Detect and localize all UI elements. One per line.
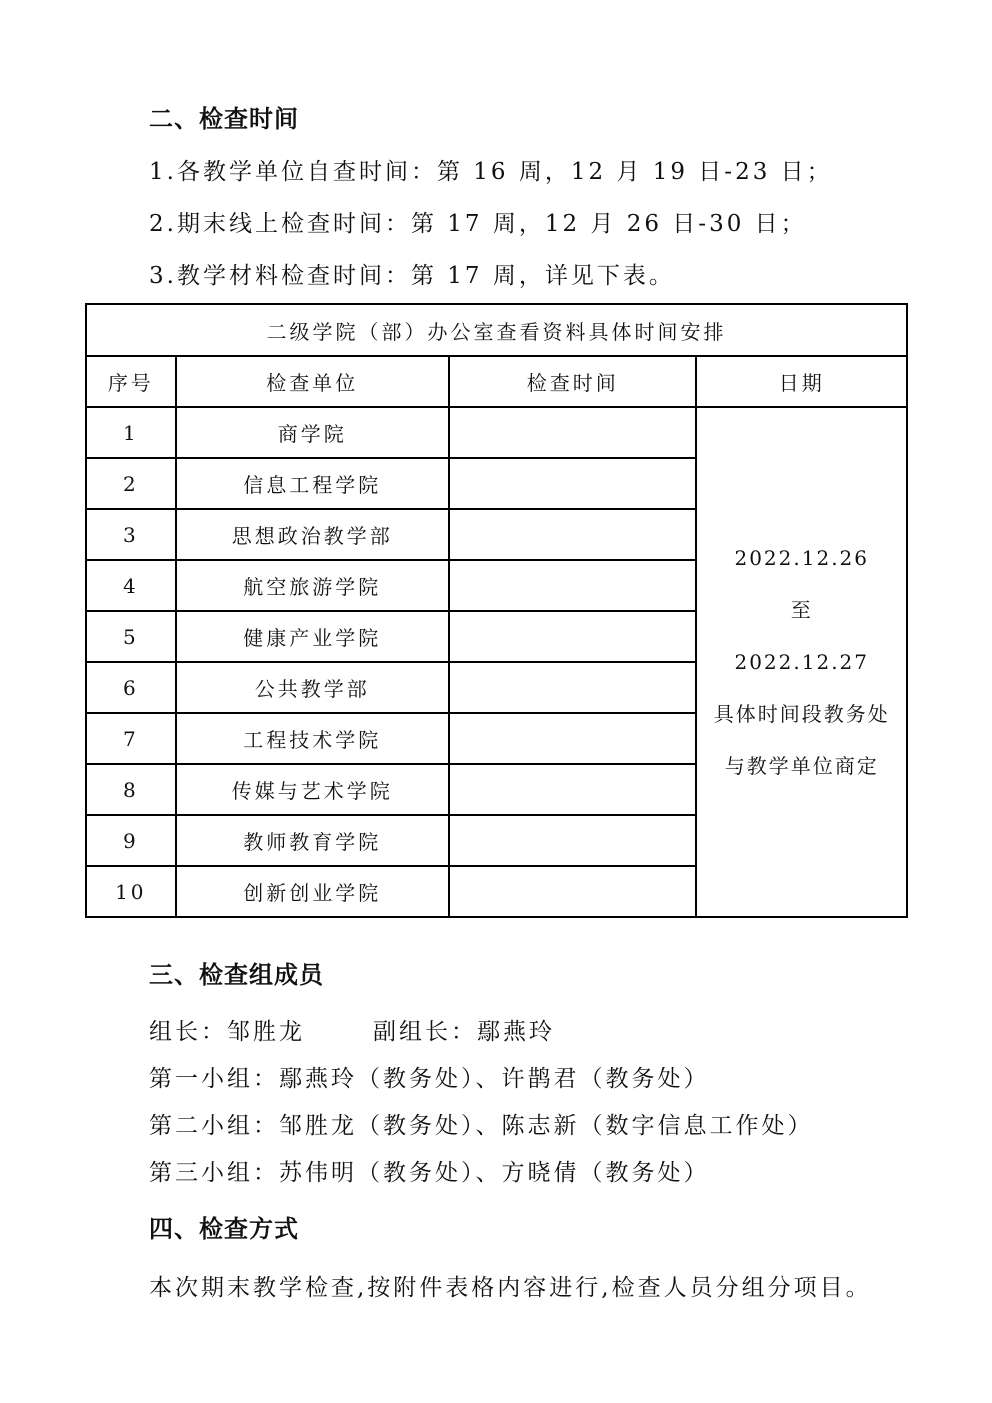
cell-time bbox=[449, 560, 697, 611]
date-note-line2: 与教学单位商定 bbox=[697, 740, 906, 792]
header-seq: 序号 bbox=[86, 356, 176, 407]
date-start: 2022.12.26 bbox=[697, 532, 906, 584]
leader: 组长：邹胜龙 bbox=[149, 1019, 305, 1045]
cell-time bbox=[449, 815, 697, 866]
cell-seq: 10 bbox=[86, 866, 176, 917]
cell-time bbox=[449, 509, 697, 560]
table-row: 1 商学院 2022.12.26 至 2022.12.27 具体时间段教务处 与… bbox=[86, 407, 907, 458]
cell-seq: 9 bbox=[86, 815, 176, 866]
cell-seq: 4 bbox=[86, 560, 176, 611]
table-caption: 二级学院（部）办公室查看资料具体时间安排 bbox=[86, 304, 907, 356]
cell-seq: 2 bbox=[86, 458, 176, 509]
cell-date-range: 2022.12.26 至 2022.12.27 具体时间段教务处 与教学单位商定 bbox=[696, 407, 907, 917]
header-time: 检查时间 bbox=[449, 356, 697, 407]
cell-seq: 7 bbox=[86, 713, 176, 764]
cell-time bbox=[449, 458, 697, 509]
cell-seq: 1 bbox=[86, 407, 176, 458]
cell-time bbox=[449, 611, 697, 662]
cell-seq: 3 bbox=[86, 509, 176, 560]
cell-time bbox=[449, 866, 697, 917]
group-3: 第三小组：苏伟明（教务处）、方晓倩（教务处） bbox=[149, 1158, 710, 1188]
cell-unit: 公共教学部 bbox=[176, 662, 449, 713]
cell-seq: 6 bbox=[86, 662, 176, 713]
cell-unit: 信息工程学院 bbox=[176, 458, 449, 509]
cell-unit: 健康产业学院 bbox=[176, 611, 449, 662]
cell-seq: 5 bbox=[86, 611, 176, 662]
cell-time bbox=[449, 662, 697, 713]
inspection-time-item-2: 2.期末线上检查时间：第 17 周，12 月 26 日-30 日； bbox=[149, 209, 807, 239]
group-1: 第一小组：鄢燕玲（教务处）、许鹊君（教务处） bbox=[149, 1064, 710, 1094]
table-header-row: 序号 检查单位 检查时间 日期 bbox=[86, 356, 907, 407]
date-to: 至 bbox=[697, 584, 906, 636]
section-heading-team-members: 三、检查组成员 bbox=[149, 960, 324, 990]
cell-seq: 8 bbox=[86, 764, 176, 815]
group-2: 第二小组：邹胜龙（教务处）、陈志新（数字信息工作处） bbox=[149, 1111, 814, 1141]
leaders-line: 组长：邹胜龙副组长：鄢燕玲 bbox=[149, 1017, 555, 1047]
date-end: 2022.12.27 bbox=[697, 636, 906, 688]
header-date: 日期 bbox=[696, 356, 907, 407]
inspection-time-item-1: 1.各教学单位自查时间：第 16 周，12 月 19 日-23 日； bbox=[149, 157, 833, 187]
cell-unit: 教师教育学院 bbox=[176, 815, 449, 866]
cell-time bbox=[449, 407, 697, 458]
schedule-table: 二级学院（部）办公室查看资料具体时间安排 序号 检查单位 检查时间 日期 1 商… bbox=[85, 303, 908, 918]
section-heading-inspection-time: 二、检查时间 bbox=[149, 104, 299, 134]
cell-time bbox=[449, 713, 697, 764]
cell-unit: 商学院 bbox=[176, 407, 449, 458]
inspection-method-body: 本次期末教学检查,按附件表格内容进行,检查人员分组分项目。 bbox=[149, 1273, 872, 1303]
inspection-time-item-3: 3.教学材料检查时间：第 17 周，详见下表。 bbox=[149, 261, 675, 291]
date-note-line1: 具体时间段教务处 bbox=[697, 688, 906, 740]
cell-unit: 传媒与艺术学院 bbox=[176, 764, 449, 815]
cell-unit: 工程技术学院 bbox=[176, 713, 449, 764]
section-heading-inspection-method: 四、检查方式 bbox=[149, 1214, 299, 1244]
cell-unit: 创新创业学院 bbox=[176, 866, 449, 917]
cell-unit: 思想政治教学部 bbox=[176, 509, 449, 560]
cell-unit: 航空旅游学院 bbox=[176, 560, 449, 611]
cell-time bbox=[449, 764, 697, 815]
deputy-leader: 副组长：鄢燕玲 bbox=[373, 1019, 555, 1045]
header-unit: 检查单位 bbox=[176, 356, 449, 407]
